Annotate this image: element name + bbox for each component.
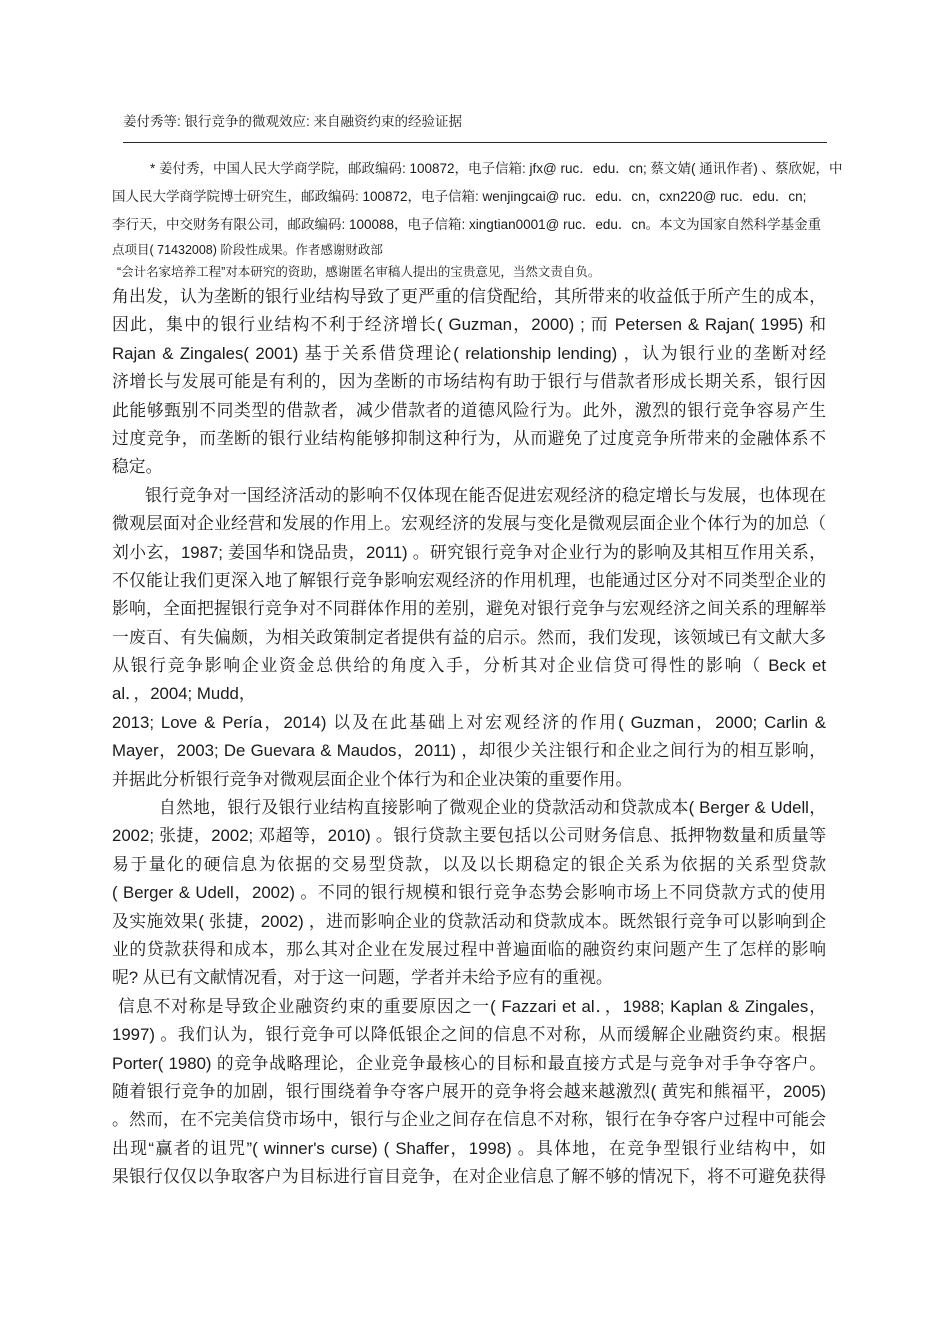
body-text-line: 业的贷款获得和成本，那么其对企业在发展过程中普遍面临的融资约束问题产生了怎样的影… bbox=[112, 936, 826, 964]
body-text-line: 角出发，认为垄断的银行业结构导致了更严重的信贷配给，其所带来的收益低于所产生的成… bbox=[112, 283, 826, 311]
footnote-line: 点项目( 71432008) 阶段性成果。作者感谢财政部 bbox=[112, 239, 857, 261]
body-text-line: 呢? 从已有文献情况看，对于这一问题，学者并未给予应有的重视。 bbox=[112, 964, 826, 992]
body-text-line: 易于量化的硬信息为依据的交易型贷款，以及以长期稳定的银企关系为依据的关系型贷款 bbox=[112, 851, 826, 879]
body-text-line: 稳定。 bbox=[112, 453, 826, 481]
body-text-line: 2013; Love & Pería，2014) 以及在此基础上对宏观经济的作用… bbox=[112, 709, 826, 737]
body-text-line: 信息不对称是导致企业融资约束的重要原因之一( Fazzari et al．，19… bbox=[112, 993, 826, 1021]
body-text-line: 出现“赢者的诅咒”( winner's curse) ( Shaffer，199… bbox=[112, 1135, 826, 1163]
footnote-line: “会计名家培养工程”对本研究的资助，感谢匿名审稿人提出的宝贵意见，当然文责自负。 bbox=[112, 261, 857, 283]
body-text-line: 及实施效果( 张捷，2002) ，进而影响企业的贷款活动和贷款成本。既然银行竞争… bbox=[112, 908, 826, 936]
body-text-line: Mayer，2003; De Guevara & Maudos，2011) ，却… bbox=[112, 737, 826, 765]
body-text-line: 银行竞争对一国经济活动的影响不仅体现在能否促进宏观经济的稳定增长与发展，也体现在 bbox=[112, 482, 826, 510]
article-body: 角出发，认为垄断的银行业结构导致了更严重的信贷配给，其所带来的收益低于所产生的成… bbox=[112, 283, 826, 1192]
body-text-line: 微观层面对企业经营和发展的作用上。宏观经济的发展与变化是微观层面企业个体行为的加… bbox=[112, 510, 826, 538]
document-page: 姜付秀等: 银行竞争的微观效应: 来自融资约束的经验证据 * 姜付秀，中国人民大… bbox=[0, 0, 950, 1344]
running-head: 姜付秀等: 银行竞争的微观效应: 来自融资约束的经验证据 bbox=[123, 112, 462, 132]
body-text-line: ( Berger & Udell，2002) 。不同的银行规模和银行竞争态势会影… bbox=[112, 879, 826, 907]
body-text-line: 2002; 张捷，2002; 邓超等，2010) 。银行贷款主要包括以公司财务信… bbox=[112, 822, 826, 850]
body-text-line: al．，2004; Mudd， bbox=[112, 680, 826, 708]
body-text-line: 一废百、有失偏颇，为相关政策制定者提供有益的启示。然而，我们发现，该领域已有文献… bbox=[112, 624, 826, 652]
header-divider bbox=[123, 142, 827, 143]
body-text-line: 因此，集中的银行业结构不利于经济增长( Guzman，2000) ; 而 Pet… bbox=[112, 311, 826, 339]
footnote-line: 李行天，中交财务有限公司，邮政编码: 100088，电子信箱: xingtian… bbox=[112, 211, 857, 239]
body-text-line: 从银行竞争影响企业资金总供给的角度入手，分析其对企业信贷可得性的影响（ Beck… bbox=[112, 652, 826, 680]
body-text-line: Rajan & Zingales( 2001) 基于关系借贷理论( relati… bbox=[112, 340, 826, 368]
body-text-line: 影响，全面把握银行竞争对不同群体作用的差别，避免对银行竞争与宏观经济之间关系的理… bbox=[112, 595, 826, 623]
body-text-line: 果银行仅仅以争取客户为目标进行盲目竞争，在对企业信息了解不够的情况下，将不可避免… bbox=[112, 1163, 826, 1191]
footnote-block: * 姜付秀，中国人民大学商学院，邮政编码: 100872，电子信箱: jfx@ … bbox=[112, 155, 857, 283]
footnote-line: * 姜付秀，中国人民大学商学院，邮政编码: 100872，电子信箱: jfx@ … bbox=[112, 155, 857, 183]
footnote-line: 国人民大学商学院博士研究生，邮政编码: 100872，电子信箱: wenjing… bbox=[112, 183, 857, 211]
body-text-line: 过度竞争，而垄断的银行业结构能够抑制这种行为，从而避免了过度竞争所带来的金融体系… bbox=[112, 425, 826, 453]
body-text-line: 此能够甄别不同类型的借款者，减少借款者的道德风险行为。此外，激烈的银行竞争容易产… bbox=[112, 397, 826, 425]
body-text-line: Porter( 1980) 的竞争战略理论，企业竞争最核心的目标和最直接方式是与… bbox=[112, 1050, 826, 1078]
body-text-line: 自然地，银行及银行业结构直接影响了微观企业的贷款活动和贷款成本( Berger … bbox=[112, 794, 826, 822]
body-text-line: 。然而，在不完美信贷市场中，银行与企业之间存在信息不对称，银行在争夺客户过程中可… bbox=[112, 1106, 826, 1134]
body-text-line: 不仅能让我们更深入地了解银行竞争影响宏观经济的作用机理，也能通过区分对不同类型企… bbox=[112, 567, 826, 595]
body-text-line: 济增长与发展可能是有利的，因为垄断的市场结构有助于银行与借款者形成长期关系，银行… bbox=[112, 368, 826, 396]
body-text-line: 并据此分析银行竞争对微观层面企业个体行为和企业决策的重要作用。 bbox=[112, 766, 826, 794]
body-text-line: 1997) 。我们认为，银行竞争可以降低银企之间的信息不对称，从而缓解企业融资约… bbox=[112, 1021, 826, 1049]
body-text-line: 刘小玄，1987; 姜国华和饶品贵，2011) 。研究银行竞争对企业行为的影响及… bbox=[112, 539, 826, 567]
body-text-line: 随着银行竞争的加剧，银行围绕着争夺客户展开的竞争将会越来越激烈( 黄宪和熊福平，… bbox=[112, 1078, 826, 1106]
